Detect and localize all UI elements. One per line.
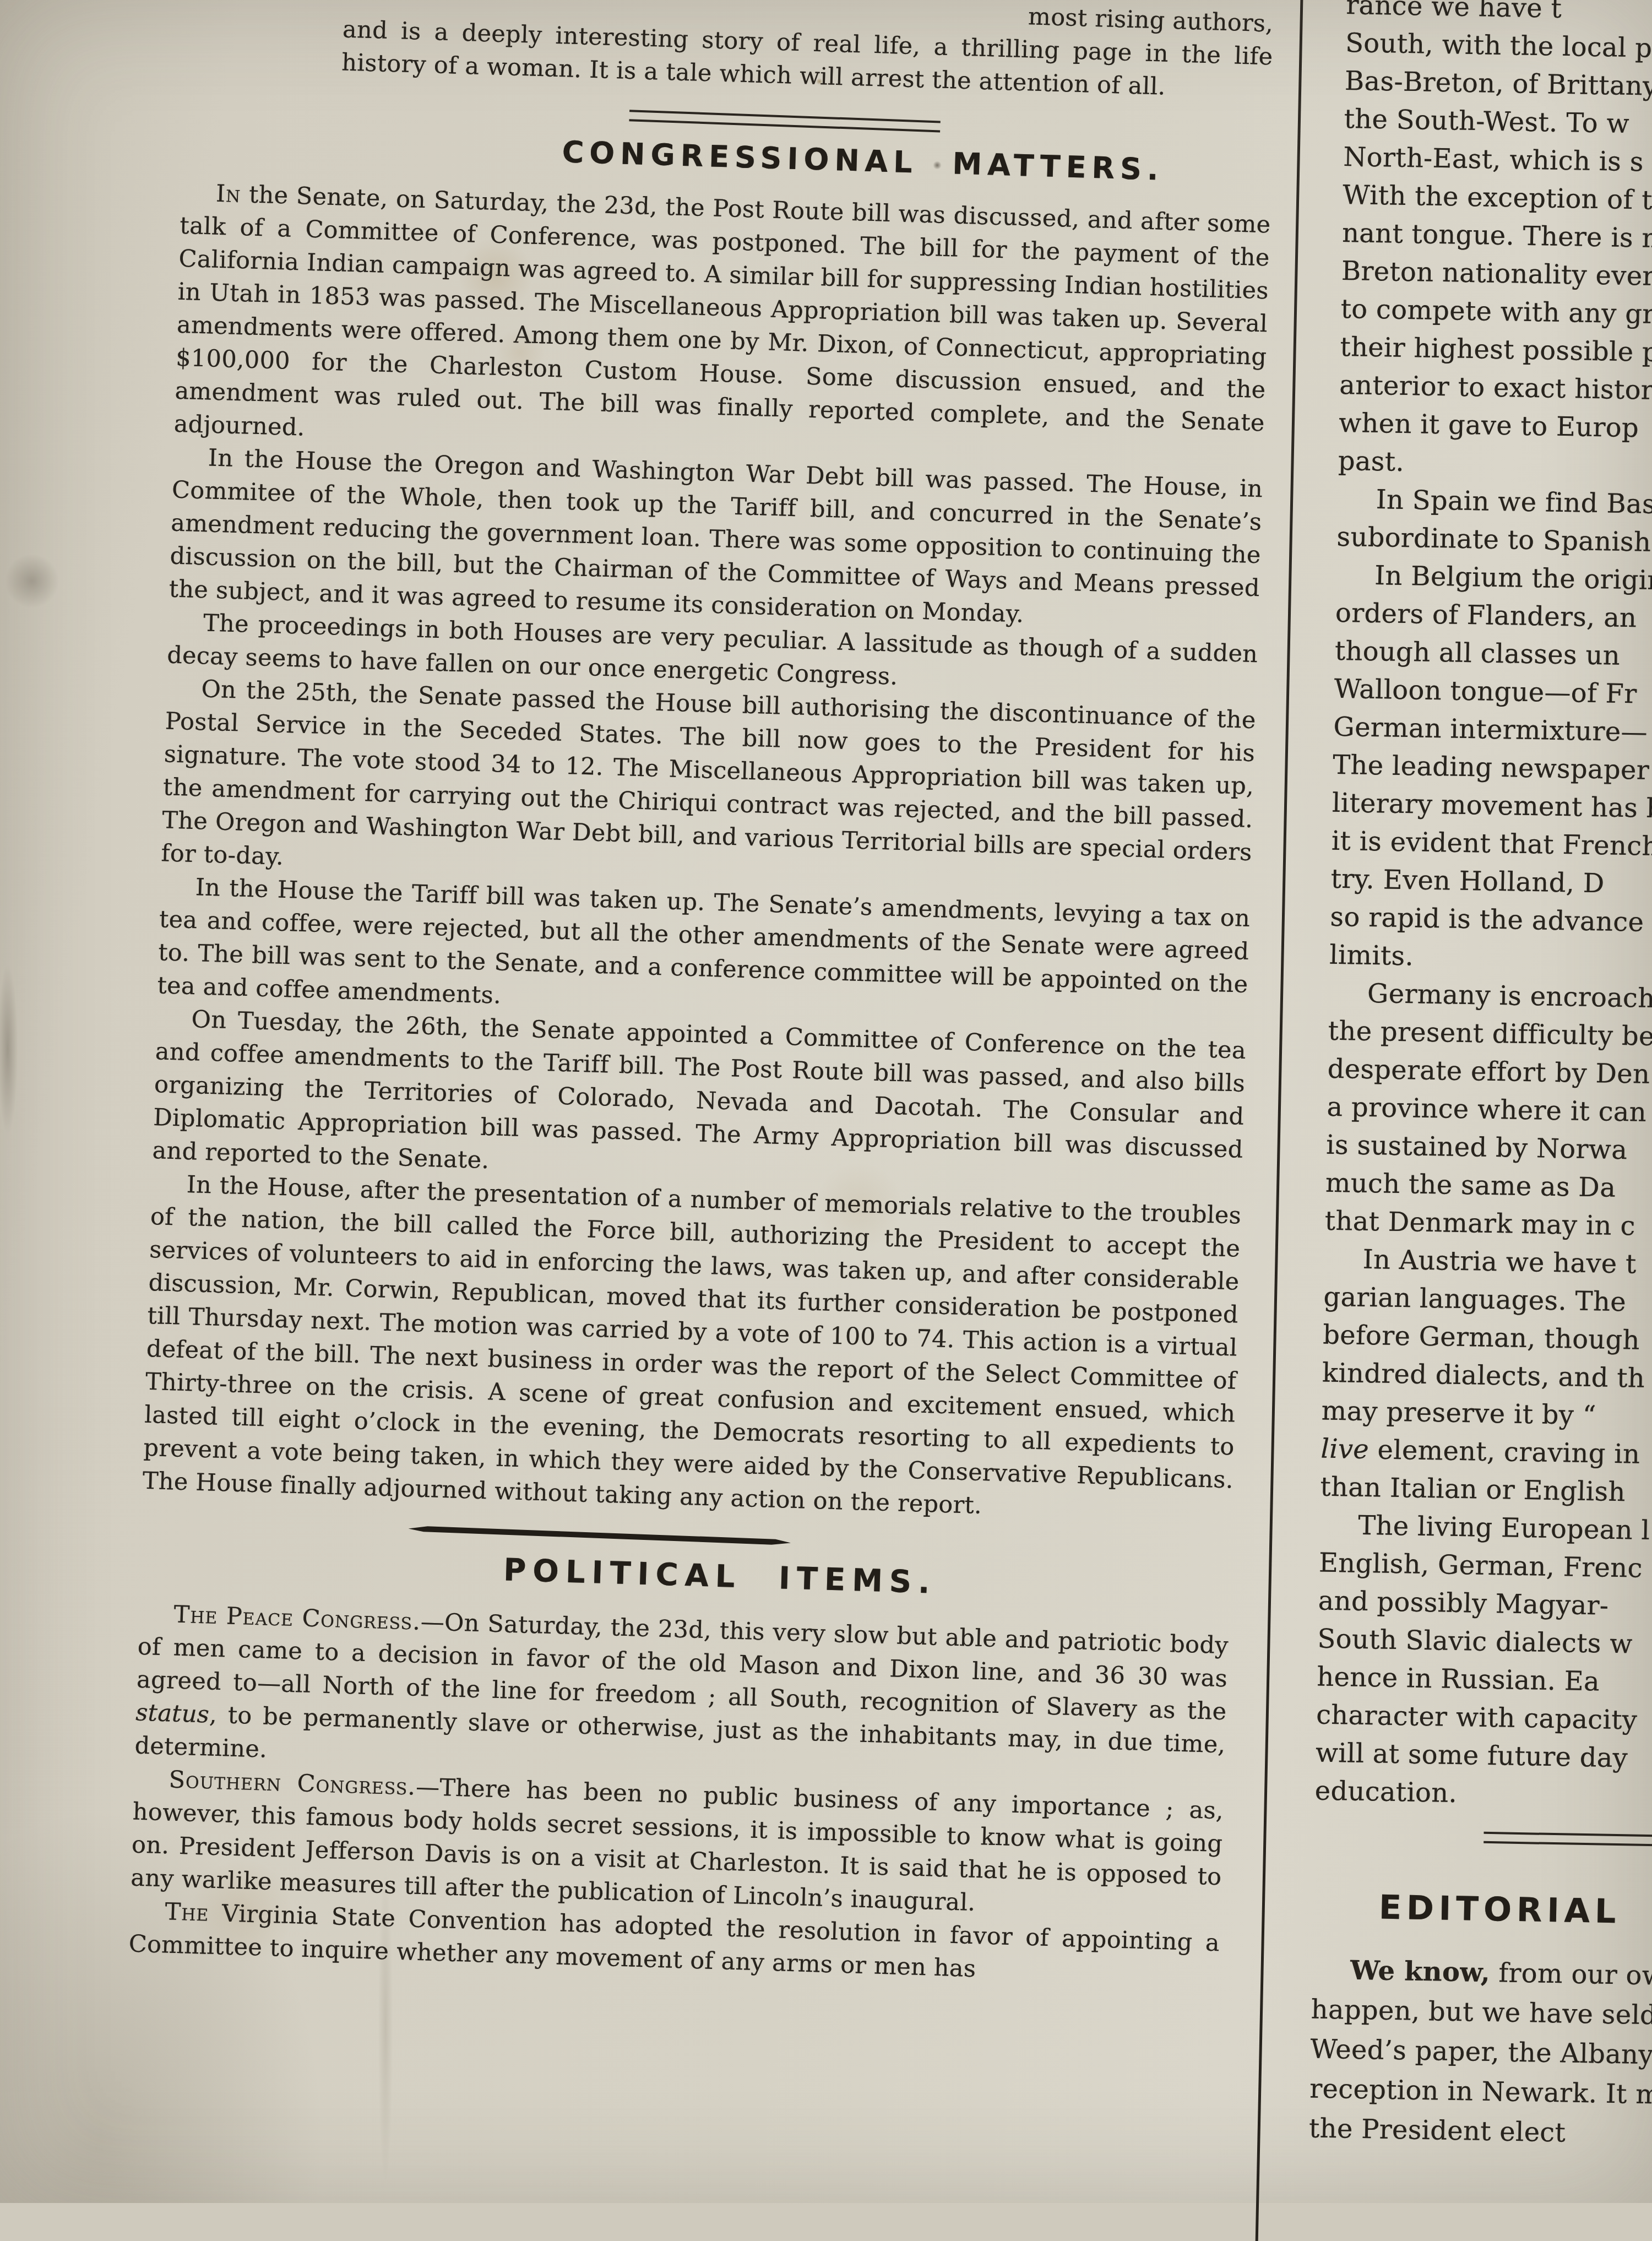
text-segment: will at some future day xyxy=(1316,1738,1628,1774)
text-segment: subordinate to Spanish. xyxy=(1336,522,1652,558)
text-segment: to compete with any grea xyxy=(1340,294,1652,330)
section-divider-rule xyxy=(408,1524,791,1547)
text-segment: past. xyxy=(1338,446,1404,477)
text-segment: orders of Flanders, an xyxy=(1335,598,1637,634)
text-segment: though all classes un xyxy=(1334,636,1620,671)
text-segment: the Senate, on Saturday, the 23d, the Po… xyxy=(173,181,1271,442)
left-column: most rising authors, and is a deeply int… xyxy=(128,0,1277,1993)
paragraph: In the House the Oregon and Washington W… xyxy=(169,441,1263,638)
text-segment: German intermixture— xyxy=(1333,712,1648,748)
text-segment: With the exception of th xyxy=(1343,180,1652,216)
text-segment: is sustained by Norwa xyxy=(1326,1130,1628,1166)
editorial-glances-heading: EDITORIAL GLAN xyxy=(1379,1889,1652,1933)
text-line: education. xyxy=(1314,1772,1652,1817)
right-column: rance we have tSouth, with the local pBa… xyxy=(1308,0,1652,2156)
text-segment: character with capacity xyxy=(1316,1700,1638,1736)
text-segment: The xyxy=(165,1898,209,1927)
text-segment: education. xyxy=(1314,1776,1457,1809)
text-segment: it is evident that French xyxy=(1331,826,1652,862)
text-segment: the present difficulty be xyxy=(1328,1016,1652,1052)
text-segment: their highest possible p xyxy=(1340,332,1652,368)
text-segment: In Spain we find Bas xyxy=(1376,484,1652,520)
text-segment: the South-West. To w xyxy=(1344,104,1629,139)
text-segment: hence in Russian. Ea xyxy=(1317,1662,1600,1697)
text-line: Weed’s paper, the Albany Jo xyxy=(1310,2029,1652,2076)
text-segment: much the same as Da xyxy=(1325,1168,1616,1203)
paragraph: In the Senate, on Saturday, the 23d, the… xyxy=(173,176,1271,473)
right-column-text: rance we have tSouth, with the local pBa… xyxy=(1314,0,1652,1817)
text-segment: may preserve it by “ xyxy=(1321,1396,1596,1431)
text-segment: In the House, after the presentation of … xyxy=(142,1171,1242,1520)
text-segment: English, German, Frenc xyxy=(1319,1548,1643,1584)
text-segment: Southern Congress. xyxy=(169,1766,416,1800)
text-segment: limits. xyxy=(1329,940,1414,972)
section-divider-rule xyxy=(629,110,940,132)
text-segment: North-East, which is s xyxy=(1343,142,1644,178)
text-segment: so rapid is the advance xyxy=(1330,902,1644,938)
section-divider-rule xyxy=(1483,1832,1652,1848)
text-segment: The Peace Congress. xyxy=(173,1601,421,1636)
text-segment: rance we have t xyxy=(1346,0,1562,24)
text-segment: The leading newspaper xyxy=(1333,750,1650,786)
text-segment: In xyxy=(216,180,242,208)
paragraph: The Peace Congress.—On Saturday, the 23d… xyxy=(134,1597,1229,1795)
text-segment: live xyxy=(1320,1434,1369,1466)
congressional-matters-body: In the Senate, on Saturday, the 23d, the… xyxy=(142,176,1271,1530)
text-segment: garian languages. The xyxy=(1323,1282,1626,1318)
text-segment: a province where it can xyxy=(1327,1092,1646,1128)
text-line: reception in Newark. It mus xyxy=(1309,2069,1652,2115)
text-segment: South, with the local p xyxy=(1345,28,1652,64)
text-line: We know, from our ow xyxy=(1312,1950,1652,1996)
text-segment: the President elect xyxy=(1309,2113,1566,2148)
text-line: happen, but we have seldom xyxy=(1311,1989,1652,2036)
text-segment: status xyxy=(135,1699,210,1729)
paragraph: On the 25th, the Senate passed the House… xyxy=(161,671,1257,902)
text-segment: In Belgium the origin xyxy=(1374,560,1652,596)
text-segment: anterior to exact history xyxy=(1339,370,1652,406)
text-segment: than Italian or English xyxy=(1320,1472,1626,1508)
text-segment: happen, but we have seldom xyxy=(1311,1994,1652,2031)
text-segment: try. Even Holland, D xyxy=(1330,864,1605,899)
text-segment: Bas-Breton, of Brittany xyxy=(1345,66,1652,102)
political-items-body: The Peace Congress.—On Saturday, the 23d… xyxy=(128,1597,1229,1993)
text-segment: that Denmark may in c xyxy=(1324,1206,1635,1242)
text-segment: We know, xyxy=(1350,1955,1491,1988)
text-segment: reception in Newark. It mus xyxy=(1309,2073,1652,2110)
text-segment: Germany is encroach xyxy=(1367,978,1652,1014)
text-segment: On the 25th, the Senate passed the House… xyxy=(161,675,1257,871)
text-segment: In the House the Oregon and Washington W… xyxy=(169,444,1263,628)
paragraph: On Tuesday, the 26th, the Senate appoint… xyxy=(152,1002,1247,1200)
text-segment: South Slavic dialects w xyxy=(1317,1624,1633,1660)
text-segment: desperate effort by Den xyxy=(1327,1054,1650,1090)
newspaper-page: most rising authors, and is a deeply int… xyxy=(0,0,1652,2203)
text-segment: In Austria we have t xyxy=(1362,1244,1637,1280)
text-segment: element, craving in xyxy=(1369,1434,1640,1470)
text-segment: nant tongue. There is n xyxy=(1342,218,1652,254)
text-segment: from our ow xyxy=(1490,1957,1652,1992)
text-segment: literary movement has b xyxy=(1332,788,1652,824)
political-items-heading: POLITICAL ITEMS. xyxy=(503,1554,1230,1608)
text-segment: and possibly Magyar- xyxy=(1318,1586,1609,1621)
text-segment: On Tuesday, the 26th, the Senate appoint… xyxy=(152,1006,1247,1174)
editorial-body: We know, from our owhappen, but we have … xyxy=(1308,1950,1652,2155)
text-segment: Weed’s paper, the Albany xyxy=(1310,2033,1652,2070)
text-segment: before German, though xyxy=(1323,1320,1640,1356)
text-segment: Breton nationality ever r xyxy=(1341,256,1652,292)
text-line: the President elect xyxy=(1308,2108,1652,2155)
text-segment: when it gave to Europ xyxy=(1339,408,1639,444)
text-segment: kindred dialects, and th xyxy=(1322,1358,1645,1394)
text-segment: Walloon tongue—of Fr xyxy=(1334,674,1637,710)
text-segment: The living European l xyxy=(1358,1510,1650,1546)
paragraph: In the House, after the presentation of … xyxy=(142,1167,1242,1529)
congressional-matters-heading: CONGRESSIONAL MATTERS. xyxy=(562,135,1273,189)
